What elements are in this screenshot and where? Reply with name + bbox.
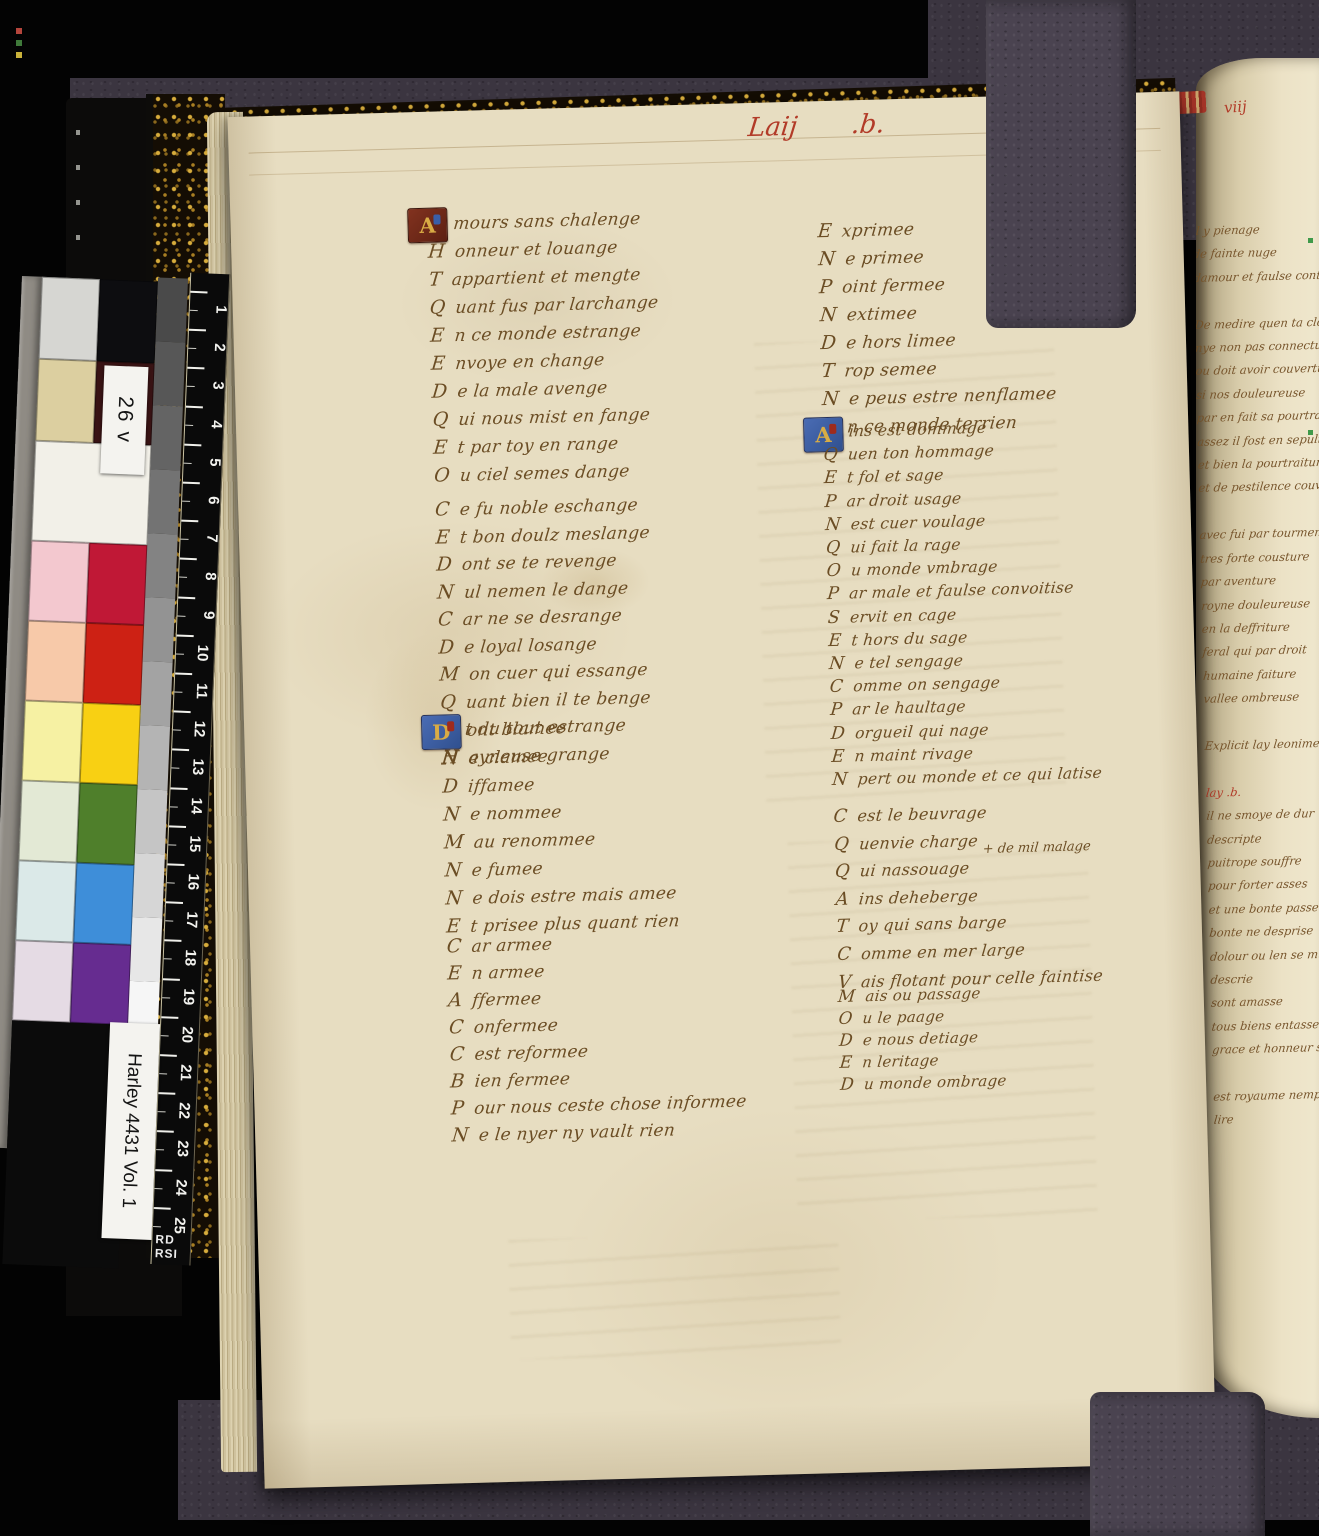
ruler-number: 14 <box>188 797 206 814</box>
ruler-unit: 3 <box>186 367 225 406</box>
film-edge-color-mark <box>1308 238 1313 243</box>
book-snake-weight-bottom <box>1090 1392 1265 1536</box>
film-edge-color-mark <box>1308 430 1313 435</box>
ruler-number: 23 <box>174 1140 192 1157</box>
recto-line: vallee ombreuse <box>1202 684 1319 711</box>
grayscale-step <box>135 789 168 854</box>
ruler-unit: 24 <box>154 1169 193 1208</box>
recto-line: royne douleureuse <box>1200 591 1319 618</box>
ruler-number: 12 <box>191 721 209 738</box>
ruler-unit: 15 <box>168 825 207 864</box>
ruler-unit: 23 <box>155 1130 194 1169</box>
grayscale-step <box>155 277 188 342</box>
film-edge-mark <box>76 130 80 135</box>
color-patch-palegreen-green-left <box>19 780 80 862</box>
ruler-unit: 13 <box>171 749 210 788</box>
ruler-number: 18 <box>182 950 200 967</box>
ruler-number: 2 <box>210 343 227 352</box>
color-patch-peach-red-right <box>83 623 144 705</box>
ruler-number: 5 <box>206 458 223 467</box>
ruler-unit: 6 <box>181 482 220 521</box>
ruler-unit: 2 <box>187 329 226 368</box>
recto-rubric-line: lay .b. <box>1205 778 1319 805</box>
color-patch-grey-black-left <box>39 277 100 361</box>
ruler-number: 7 <box>203 534 220 543</box>
grayscale-step <box>140 661 173 726</box>
color-patch-paleyellow-yellow-left <box>22 700 83 782</box>
color-patch-palegreen-green-right <box>77 783 138 865</box>
recto-line: et une bonte passe <box>1208 895 1319 922</box>
recto-line: Explicit lay leonime <box>1204 731 1319 758</box>
color-patch-peach-red-left <box>25 621 86 703</box>
film-edge-mark <box>76 200 80 205</box>
ruler-number: 11 <box>193 683 211 700</box>
book-snake-weight-top <box>986 0 1136 328</box>
grayscale-step <box>143 597 176 662</box>
grayscale-step <box>148 469 181 534</box>
ruler-unit: 21 <box>158 1054 197 1093</box>
recto-line: grace et honneur se <box>1211 1035 1319 1062</box>
stanza: Amours sans chalengeHonneur et louangeTa… <box>425 206 661 491</box>
ruler-unit: 5 <box>183 443 222 482</box>
recto-line: tres forte cousture <box>1199 544 1319 571</box>
color-patch-pink-crimson-left <box>28 541 89 623</box>
recto-line: lire <box>1213 1105 1319 1132</box>
film-edge-mark <box>76 165 80 170</box>
stanza: Mais ou passageOu le paageDe nous detiag… <box>836 981 1005 1095</box>
color-patch-lavender-purple-left <box>12 940 73 1022</box>
grayscale-step <box>138 725 171 790</box>
ruler-unit: 25 <box>152 1207 191 1246</box>
ruler-number: 24 <box>172 1179 190 1196</box>
ruler-unit: 17 <box>164 901 203 940</box>
recto-line: par aventure <box>1200 567 1319 594</box>
ruler-number: 10 <box>194 644 212 661</box>
grayscale-step <box>145 533 178 598</box>
ruler-unit: 10 <box>175 634 214 673</box>
recto-line: et bien la pourtraiture <box>1197 450 1319 477</box>
recto-line: feral qui par droit <box>1201 637 1319 664</box>
ruler-number: 21 <box>177 1064 195 1081</box>
film-edge-color-mark <box>16 40 22 46</box>
ruler-unit: 1 <box>189 291 228 330</box>
grayscale-step <box>132 853 165 918</box>
recto-line: par en fait sa pourtraiture <box>1196 403 1319 430</box>
recto-line: pour forter asses <box>1207 871 1319 898</box>
ruler-number: 25 <box>171 1217 189 1234</box>
recto-line: avec fui par tourment <box>1198 520 1319 547</box>
color-patch-grey-black-right <box>97 279 158 363</box>
recto-line: est royaume nempire <box>1212 1082 1319 1109</box>
recto-line: sont amasse <box>1210 988 1319 1015</box>
stanza: Car armeeEn armeeAffermeeConfermeeCest r… <box>445 926 746 1150</box>
color-patch-paleblue-blue-right <box>73 863 134 945</box>
ruler-number: 15 <box>186 835 204 852</box>
recto-line: bonte ne desprise <box>1208 918 1319 945</box>
recto-line <box>1212 1059 1319 1086</box>
recto-line: puitrope souffre <box>1206 848 1319 875</box>
recto-line: assez il fost en sepulture <box>1196 427 1319 454</box>
color-patch-buff-maroon-left <box>35 359 96 443</box>
manuscript-line: Du monde ombrage <box>839 1069 1007 1096</box>
recto-folio-number-red: viij <box>1223 97 1247 117</box>
recto-line: en la deffriture <box>1201 614 1319 641</box>
color-patch-paleyellow-yellow-right <box>80 703 141 785</box>
recto-line: il ne smoye de dur <box>1205 801 1319 828</box>
recto-page-edge: viij il y pienagede fainte nugedamour et… <box>1196 58 1319 1418</box>
film-edge-color-mark <box>16 52 22 58</box>
recto-line: humaine faiture <box>1202 661 1319 688</box>
recto-line <box>1196 286 1319 313</box>
recto-line: descrie <box>1209 965 1319 992</box>
ruler-number: 4 <box>207 419 224 428</box>
recto-line: De medire quen ta closture <box>1196 310 1319 337</box>
grayscale-step <box>130 917 163 982</box>
rubric-lay-number: Laij .b. <box>746 109 886 143</box>
ruler-number: 9 <box>200 610 217 619</box>
ruler-number: 22 <box>175 1102 193 1119</box>
ruler-unit: 18 <box>163 940 202 979</box>
recto-line: descripte <box>1206 825 1319 852</box>
insertion-mark: + <box>982 842 994 857</box>
ruler-number: 8 <box>201 572 218 581</box>
recto-line: et de pestilence couverte <box>1197 474 1319 501</box>
film-edge-color-mark <box>16 28 22 34</box>
grayscale-step <box>153 341 186 406</box>
grayscale-step <box>150 405 183 470</box>
marginal-note-text: de mil malage <box>997 839 1091 857</box>
recto-line: ou doit avoir couverture <box>1196 357 1319 384</box>
recto-line <box>1203 708 1319 735</box>
recto-line: si nos douleureuse <box>1196 380 1319 407</box>
recto-line: dolour ou len se mue <box>1209 942 1319 969</box>
stanza: Cest le beuvrageQuenvie chargeQui nassou… <box>831 796 1101 996</box>
ruler-number: 19 <box>180 988 198 1005</box>
recto-line: nye non pas connecture <box>1196 333 1319 360</box>
ruler-unit: 8 <box>178 558 217 597</box>
folio-label: 26 v <box>100 365 148 475</box>
color-patch-paleblue-blue-left <box>15 860 76 942</box>
stanza: Dont blameeNe clameeDiffameeNe nommeeMau… <box>439 712 678 941</box>
ruler-number: 3 <box>209 381 226 390</box>
ruler-unit: 19 <box>161 978 200 1017</box>
ruler-unit: 22 <box>157 1092 196 1131</box>
manuscript-line: Ou ciel semes dange <box>433 456 664 490</box>
ruler-unit: 16 <box>166 863 205 902</box>
recto-line: de fainte nuge <box>1196 240 1319 267</box>
recto-line <box>1204 754 1319 781</box>
color-patch-lavender-purple-right <box>70 943 131 1025</box>
shelfmark-label: Harley 4431 Vol. 1 <box>101 1022 160 1240</box>
film-edge-mark <box>76 235 80 240</box>
manuscript-photograph: viij il y pienagede fainte nugedamour et… <box>0 0 1319 1536</box>
ruler-number: 6 <box>204 496 221 505</box>
ruler-unit: 20 <box>160 1016 199 1055</box>
ruler-unit: 12 <box>172 711 211 750</box>
ruler-number: 13 <box>189 759 207 776</box>
ruler-unit: 11 <box>174 672 213 711</box>
ruler-number: 1 <box>212 305 229 314</box>
show-through-text <box>508 1231 841 1360</box>
ruler-number: 17 <box>183 911 201 928</box>
recto-line <box>1198 497 1319 524</box>
color-patch-pink-crimson-right <box>86 543 147 625</box>
ruler-unit: 9 <box>177 596 216 635</box>
ruler-unit: 7 <box>180 520 219 559</box>
ruler-unit: 4 <box>184 405 223 444</box>
recto-line: damour et faulse contrastee <box>1196 263 1319 290</box>
recto-text-fragments: il y pienagede fainte nugedamour et faul… <box>1196 216 1319 1132</box>
recto-line: tous biens entasse <box>1210 1012 1319 1039</box>
ruler-number: 16 <box>185 873 203 890</box>
marginal-note: + de mil malage <box>982 839 1091 857</box>
ruler-unit: 14 <box>169 787 208 826</box>
color-calibration-bar: RD RSI 123456789101112131415161718192021… <box>0 276 252 1294</box>
ruler-number: 20 <box>179 1026 197 1043</box>
stanza: Ains est dommageQuen ton hommageEt fol e… <box>821 414 1101 792</box>
